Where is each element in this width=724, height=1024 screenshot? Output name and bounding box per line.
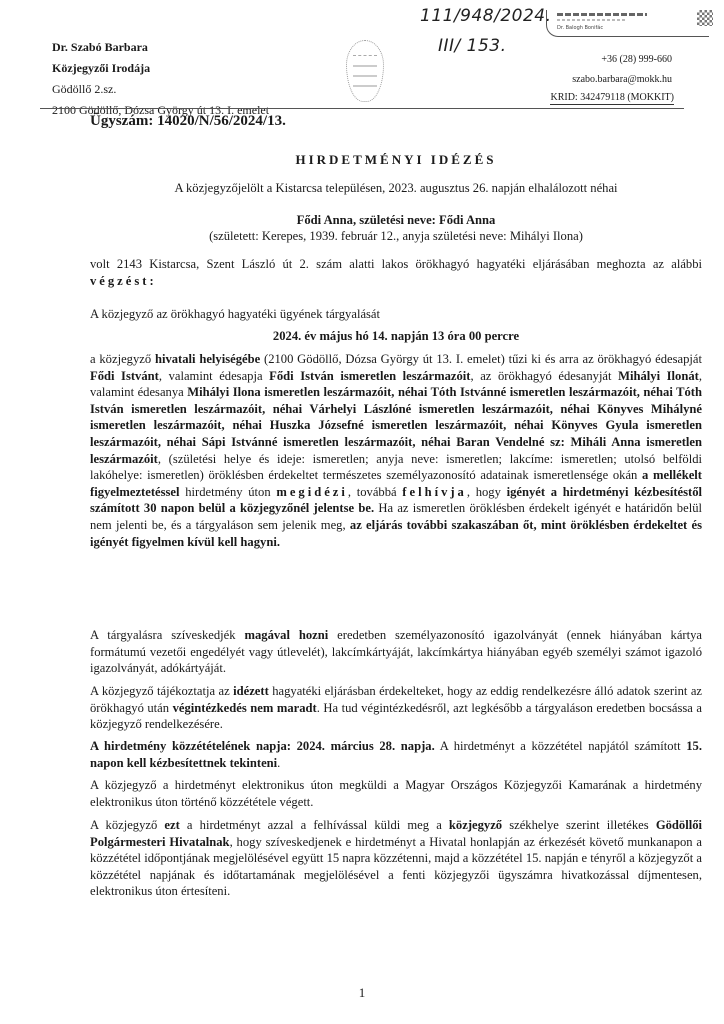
electronic-signature-stamp: Dr. Balogh Bonifác [546, 10, 709, 37]
hearing-intro: A közjegyző az örökhagyó hagyatéki ügyén… [90, 306, 702, 323]
hearing-date: 2024. év május hó 14. napján 13 óra 00 p… [90, 328, 702, 345]
emphasis: idézett [233, 684, 269, 698]
stamp-text-line [557, 19, 627, 21]
text: A közjegyző tájékoztatja az [90, 684, 233, 698]
text: a hirdetményt azzal a felhívással küldi … [180, 818, 449, 832]
text: hirdetmény úton [180, 485, 277, 499]
handwritten-sub-number: III/ 153. [438, 36, 507, 56]
text: a közjegyző [90, 352, 155, 366]
header-divider [40, 108, 684, 109]
notary-name: Dr. Szabó Barbara [52, 37, 269, 58]
documents-paragraph: A tárgyalásra szíveskedjék magával hozni… [90, 627, 702, 677]
deceased-name: Fődi Anna, születési neve: Fődi Anna [90, 212, 702, 228]
emphasis: végintézkedés nem maradt [173, 701, 317, 715]
stamp-signer: Dr. Balogh Bonifác [557, 25, 603, 31]
notary-phone: +36 (28) 999-660 [572, 50, 672, 70]
text: , hogy [467, 485, 507, 499]
emphasis: magával hozni [244, 628, 328, 642]
will-paragraph: A közjegyző tájékoztatja az idézett hagy… [90, 683, 702, 733]
deceased-block: Fődi Anna, születési neve: Fődi Anna (sz… [90, 212, 702, 244]
text: , valamint édesapja [159, 369, 269, 383]
coat-of-arms-icon [346, 40, 384, 102]
text: . [277, 756, 280, 770]
letterhead-right: +36 (28) 999-660 szabo.barbara@mokk.hu [572, 50, 672, 90]
emphasis: hivatali helyiségébe [155, 352, 260, 366]
emphasis: Mihályi Ilonát [618, 369, 699, 383]
document-title: HIRDETMÉNYI IDÉZÉS [90, 152, 702, 168]
text: , (születési helye és ideje: ismeretlen;… [90, 452, 702, 483]
summons-word: megidézi [276, 485, 348, 499]
deceased-details: (született: Kerepes, 1939. február 12., … [90, 228, 702, 244]
text: , az örökhagyó édesanyját [470, 369, 618, 383]
chamber-paragraph: A közjegyző a hirdetményt elektronikus ú… [90, 777, 702, 810]
emphasis: közjegyző [449, 818, 502, 832]
ruling-word: végzést: [90, 274, 157, 288]
qr-code-icon [697, 10, 713, 26]
publication-paragraph: A hirdetmény közzétételének napja: 2024.… [90, 738, 702, 771]
intro-paragraph: A közjegyzőjelölt a Kistarcsa települése… [90, 180, 702, 197]
residence-text: volt 2143 Kistarcsa, Szent László út 2. … [90, 257, 702, 271]
residence-paragraph: volt 2143 Kistarcsa, Szent László út 2. … [90, 256, 702, 289]
emphasis: ezt [164, 818, 179, 832]
summons-paragraph: a közjegyző hivatali helyiségébe (2100 G… [90, 351, 702, 550]
notary-seat: Gödöllő 2.sz. [52, 79, 269, 100]
text: A tárgyalásra szíveskedjék [90, 628, 244, 642]
emphasis: Fődi Istvánt [90, 369, 159, 383]
notary-office: Közjegyzői Irodája [52, 58, 269, 79]
case-number: Ügyszám: 14020/N/56/2024/13. [90, 113, 286, 130]
mayor-office-paragraph: A közjegyző ezt a hirdetményt azzal a fe… [90, 817, 702, 900]
text: , továbbá [348, 485, 402, 499]
notary-email: szabo.barbara@mokk.hu [572, 70, 672, 90]
text: A hirdetményt a közzététel napjától szám… [435, 739, 687, 753]
text: székhelye szerint illetékes [502, 818, 656, 832]
text: (2100 Gödöllő, Dózsa György út 13. I. em… [260, 352, 702, 366]
page-number: 1 [0, 985, 724, 1001]
request-word: felhívja [402, 485, 467, 499]
publication-date: A hirdetmény közzétételének napja: 2024.… [90, 739, 435, 753]
emphasis: Fődi István ismeretlen leszármazóit [269, 369, 470, 383]
handwritten-file-number: 111/948/2024. [420, 6, 552, 26]
text: A közjegyző [90, 818, 164, 832]
stamp-text-line [557, 13, 647, 16]
krid-number: KRID: 342479118 (MOKKIT) [550, 92, 674, 105]
